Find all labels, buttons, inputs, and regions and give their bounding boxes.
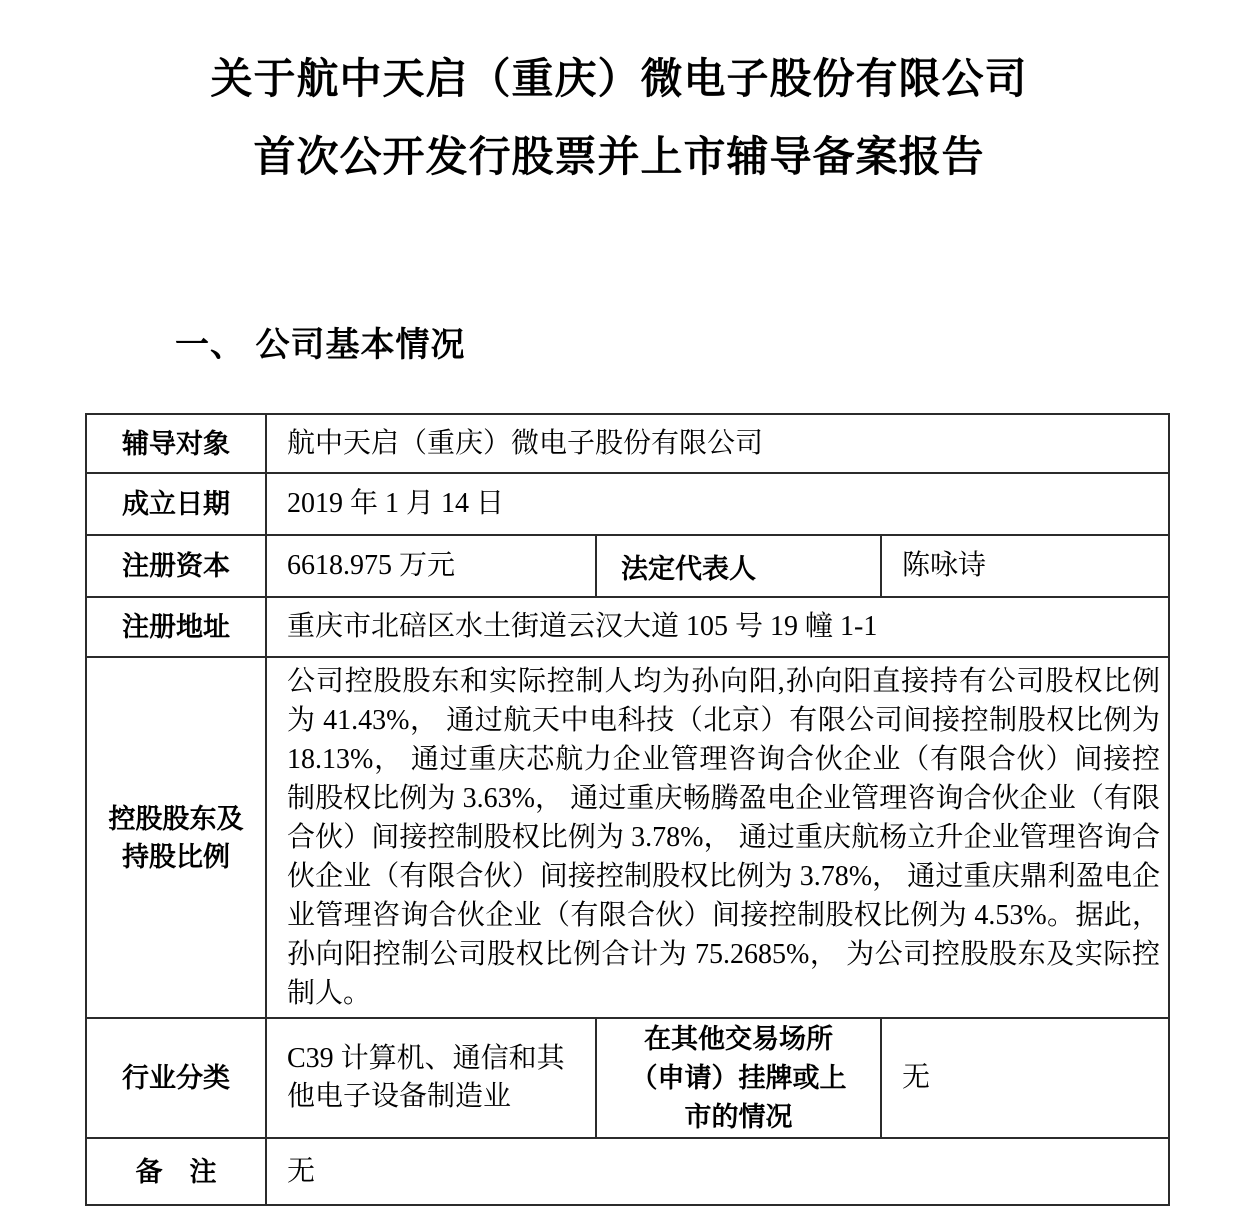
row-label-registered-capital: 注册资本 xyxy=(86,535,266,597)
document-page: 关于航中天启（重庆）微电子股份有限公司 首次公开发行股票并上市辅导备案报告 一、… xyxy=(0,0,1238,1206)
row-value-controlling-shareholder: 公司控股股东和实际控制人均为孙向阳,孙向阳直接持有公司股权比例为 41.43%，… xyxy=(266,657,1169,1018)
row-label-registered-address: 注册地址 xyxy=(86,597,266,657)
document-title-line2: 首次公开发行股票并上市辅导备案报告 xyxy=(0,133,1238,181)
row-value-other-listing-status: 无 xyxy=(881,1018,1169,1138)
table-row-industry-classification: 行业分类 C39 计算机、通信和其他电子设备制造业 在其他交易场所 （申请）挂牌… xyxy=(86,1018,1169,1138)
company-info-table: 辅导对象 航中天启（重庆）微电子股份有限公司 成立日期 2019 年 1 月 1… xyxy=(85,413,1170,1206)
row-value-establishment-date: 2019 年 1 月 14 日 xyxy=(266,473,1169,535)
row-label-controlling-shareholder: 控股股东及 持股比例 xyxy=(86,657,266,1018)
table-row-registered-capital: 注册资本 6618.975 万元 法定代表人 陈咏诗 xyxy=(86,535,1169,597)
row-label-legal-representative: 法定代表人 xyxy=(596,535,881,597)
row-label-other-listing-status: 在其他交易场所 （申请）挂牌或上 市的情况 xyxy=(596,1018,881,1138)
row-value-registered-capital: 6618.975 万元 xyxy=(266,535,596,597)
row-label-tutoring-target: 辅导对象 xyxy=(86,414,266,473)
row-label-remarks: 备 注 xyxy=(86,1138,266,1205)
row-value-industry-classification: C39 计算机、通信和其他电子设备制造业 xyxy=(266,1018,596,1138)
row-value-registered-address: 重庆市北碚区水土街道云汉大道 105 号 19 幢 1-1 xyxy=(266,597,1169,657)
table-row-remarks: 备 注 无 xyxy=(86,1138,1169,1205)
row-value-legal-representative: 陈咏诗 xyxy=(881,535,1169,597)
table-row-tutoring-target: 辅导对象 航中天启（重庆）微电子股份有限公司 xyxy=(86,414,1169,473)
section-heading: 一、 公司基本情况 xyxy=(175,317,1238,366)
table-row-registered-address: 注册地址 重庆市北碚区水土街道云汉大道 105 号 19 幢 1-1 xyxy=(86,597,1169,657)
table-row-establishment-date: 成立日期 2019 年 1 月 14 日 xyxy=(86,473,1169,535)
row-value-remarks: 无 xyxy=(266,1138,1169,1205)
table-row-controlling-shareholder: 控股股东及 持股比例 公司控股股东和实际控制人均为孙向阳,孙向阳直接持有公司股权… xyxy=(86,657,1169,1018)
row-value-tutoring-target: 航中天启（重庆）微电子股份有限公司 xyxy=(266,414,1169,473)
document-title-line1: 关于航中天启（重庆）微电子股份有限公司 xyxy=(0,0,1238,103)
row-label-industry-classification: 行业分类 xyxy=(86,1018,266,1138)
row-label-establishment-date: 成立日期 xyxy=(86,473,266,535)
